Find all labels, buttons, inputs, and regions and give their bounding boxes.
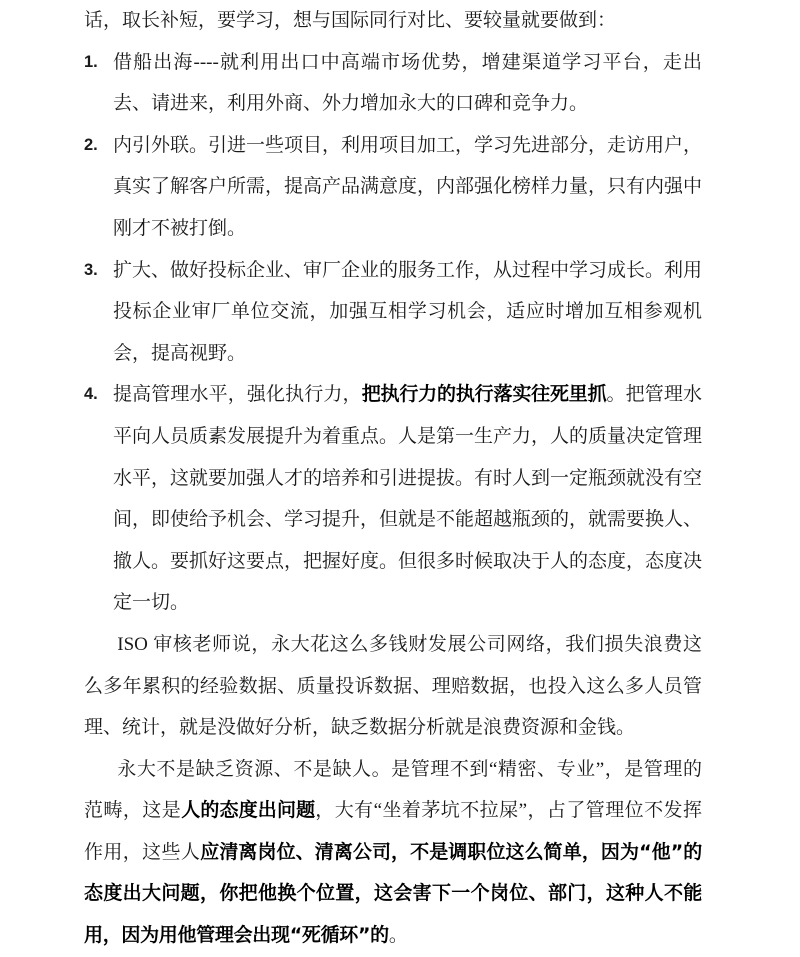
list-item-number: 3. <box>84 250 113 292</box>
bold-text-run: 人的态度出问题 <box>181 799 315 821</box>
document-page: 话，取长补短，要学习，想与国际同行对比、要较量就要做到： 1.借船出海----就… <box>0 0 800 957</box>
paragraph: 永大不是缺乏资源、不是缺人。是管理不到“精密、专业”，是管理的范畴，这是人的态度… <box>84 749 702 957</box>
intro-line: 话，取长补短，要学习，想与国际同行对比、要较量就要做到： <box>84 0 702 42</box>
list-item-text: 内引外联。引进一些项目，利用项目加工，学习先进部分，走访用户，真实了解客户所需，… <box>113 125 702 250</box>
list-item-text: 扩大、做好投标企业、审厂企业的服务工作，从过程中学习成长。利用投标企业审厂单位交… <box>113 250 702 375</box>
text-run: 借船出海----就利用出口中高端市场优势，增建渠道学习平台，走出去、请进来，利用… <box>113 52 702 115</box>
text-run: ISO 审核老师说，永大花这么多钱财发展公司网络，我们损失浪费这么多年累积的经验… <box>84 634 702 738</box>
list-item: 3.扩大、做好投标企业、审厂企业的服务工作，从过程中学习成长。利用投标企业审厂单… <box>84 250 702 375</box>
list-item-number: 2. <box>84 125 113 167</box>
paragraphs-section: ISO 审核老师说，永大花这么多钱财发展公司网络，我们损失浪费这么多年累积的经验… <box>84 624 702 957</box>
text-run: 。把管理水平向人员质素发展提升为着重点。人是第一生产力，人的质量决定管理水平，这… <box>113 384 702 613</box>
list-item: 1.借船出海----就利用出口中高端市场优势，增建渠道学习平台，走出去、请进来，… <box>84 42 702 125</box>
numbered-list: 1.借船出海----就利用出口中高端市场优势，增建渠道学习平台，走出去、请进来，… <box>84 42 702 624</box>
list-item-text: 借船出海----就利用出口中高端市场优势，增建渠道学习平台，走出去、请进来，利用… <box>113 42 702 125</box>
text-run: 。 <box>389 925 408 946</box>
text-run: 内引外联。引进一些项目，利用项目加工，学习先进部分，走访用户，真实了解客户所需，… <box>113 135 702 239</box>
list-item-number: 4. <box>84 374 113 416</box>
text-run: 提高管理水平，强化执行力， <box>113 384 362 405</box>
list-item: 4.提高管理水平，强化执行力，把执行力的执行落实往死里抓。把管理水平向人员质素发… <box>84 374 702 624</box>
list-item: 2.内引外联。引进一些项目，利用项目加工，学习先进部分，走访用户，真实了解客户所… <box>84 125 702 250</box>
text-run: 扩大、做好投标企业、审厂企业的服务工作，从过程中学习成长。利用投标企业审厂单位交… <box>113 260 702 364</box>
bold-text-run: 把执行力的执行落实往死里抓 <box>362 383 607 405</box>
paragraph: ISO 审核老师说，永大花这么多钱财发展公司网络，我们损失浪费这么多年累积的经验… <box>84 624 702 749</box>
list-item-text: 提高管理水平，强化执行力，把执行力的执行落实往死里抓。把管理水平向人员质素发展提… <box>113 374 702 624</box>
list-item-number: 1. <box>84 42 113 84</box>
